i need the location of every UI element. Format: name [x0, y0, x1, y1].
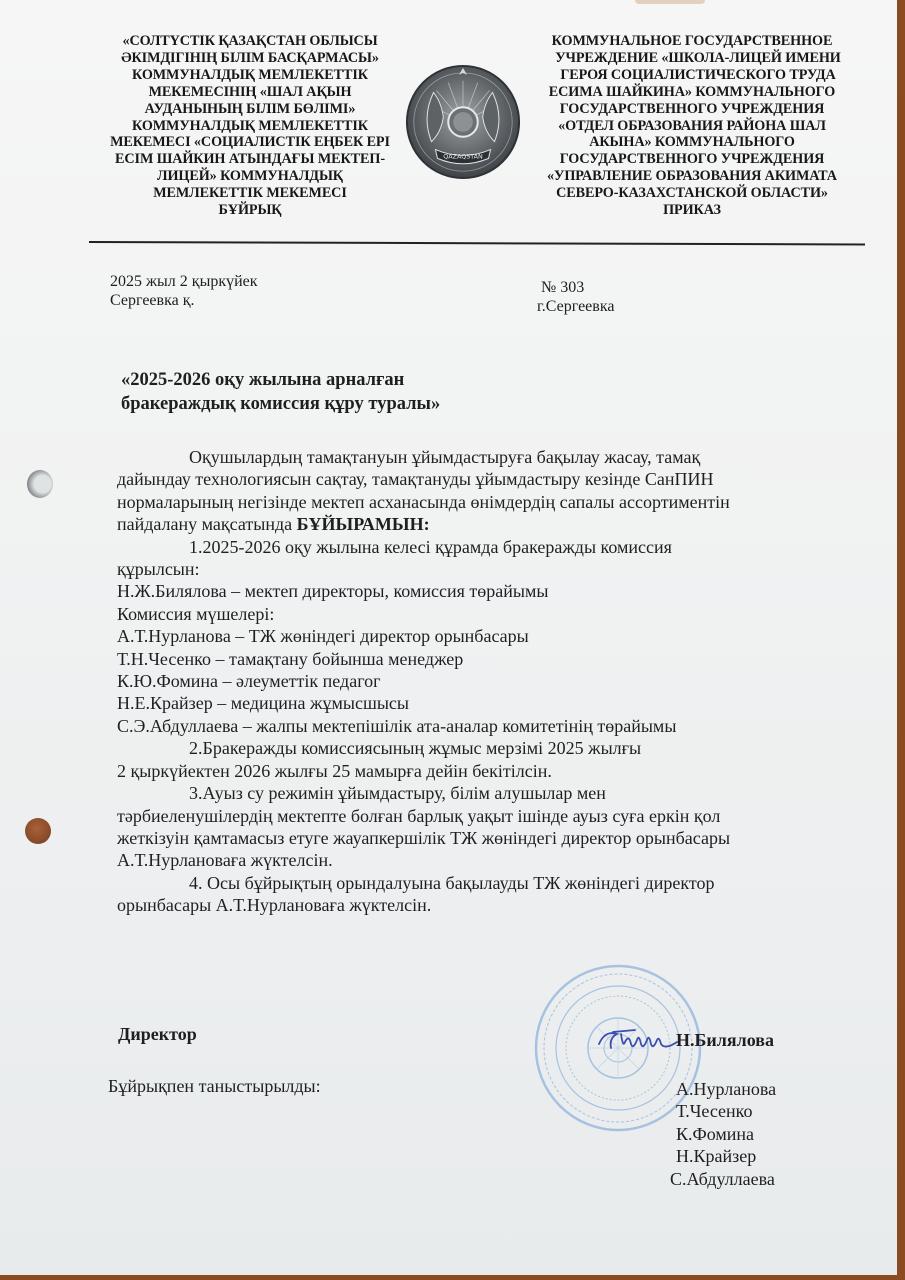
- order-meta-ru: № 303 г.Сергеевка: [537, 278, 614, 316]
- title-line: бракераждық комиссия құру туралы»: [121, 392, 440, 416]
- order-number: № 303: [537, 278, 614, 297]
- item-3-cont: тәрбиеленушілердің мектепте болған барлы…: [117, 805, 862, 827]
- header-line: МЕКЕМЕСІ «СОЦИАЛИСТІК ЕҢБЕК ЕРІ: [88, 134, 412, 151]
- commission-member: К.Ю.Фомина – әлеуметтік педагог: [117, 670, 862, 692]
- header-line: ЕСІМ ШАЙКИН АТЫНДАҒЫ МЕКТЕП-: [88, 151, 412, 168]
- header-line: УЧРЕЖДЕНИЕ «ШКОЛА-ЛИЦЕЙ ИМЕНИ: [522, 50, 862, 67]
- acknowledgement-label: Бұйрықпен таныстырылды:: [108, 1076, 321, 1097]
- item-1-cont: құрылсын:: [117, 558, 862, 580]
- document-page: «СОЛТҮСТІК ҚАЗАҚСТАН ОБЛЫСЫ ӘКІМДІГІНІҢ …: [0, 0, 897, 1275]
- preamble-line: Оқушылардың тамақтануын ұйымдастыруға ба…: [117, 446, 862, 468]
- commission-member: Н.Е.Крайзер – медицина жұмысшысы: [117, 692, 862, 714]
- acknowledged-person: Т.Чесенко: [670, 1100, 776, 1122]
- director-name: Н.Билялова: [676, 1030, 774, 1051]
- header-line: «УПРАВЛЕНИЕ ОБРАЗОВАНИЯ АКИМАТА: [522, 168, 862, 185]
- header-divider: [89, 241, 865, 245]
- item-3: 3.Ауыз су режимін ұйымдастыру, білім алу…: [117, 782, 862, 804]
- director-signature: [595, 1022, 680, 1058]
- signatory-title: Директор: [118, 1024, 197, 1045]
- document-type-kz: БҰЙРЫҚ: [88, 202, 412, 219]
- header-line: «ОТДЕЛ ОБРАЗОВАНИЯ РАЙОНА ШАЛ: [522, 118, 862, 135]
- acknowledged-person: К.Фомина: [670, 1123, 776, 1145]
- acknowledgement-list: А.Нурланова Т.Чесенко К.Фомина Н.Крайзер…: [670, 1078, 776, 1190]
- item-2: 2.Бракеражды комиссиясының жұмыс мерзімі…: [117, 737, 862, 759]
- item-2-cont: 2 қыркүйектен 2026 жылғы 25 мамырға дейі…: [117, 760, 862, 782]
- paper-stain: [635, 0, 705, 4]
- order-date: 2025 жыл 2 қыркүйек: [110, 272, 258, 291]
- commission-member: Т.Н.Чесенко – тамақтану бойынша менеджер: [117, 648, 862, 670]
- acknowledged-person: А.Нурланова: [670, 1078, 776, 1100]
- header-line: КОММУНАЛЬНОЕ ГОСУДАРСТВЕННОЕ: [522, 33, 862, 50]
- commission-chair: Н.Ж.Билялова – мектеп директоры, комисси…: [117, 580, 862, 602]
- svg-text:QAZAQSTAN: QAZAQSTAN: [443, 152, 483, 160]
- title-line: «2025-2026 оқу жылына арналған: [121, 368, 440, 392]
- item-3-cont: А.Т.Нурлановаға жүктелсін.: [117, 849, 862, 871]
- header-line: КОММУНАЛДЫҚ МЕМЛЕКЕТТІК: [88, 118, 412, 135]
- document-type-ru: ПРИКАЗ: [522, 202, 862, 219]
- header-line: СЕВЕРО-КАЗАХСТАНСКОЙ ОБЛАСТИ»: [522, 185, 862, 202]
- acknowledged-person: С.Абдуллаева: [670, 1168, 776, 1190]
- header-line: ЛИЦЕЙ» КОММУНАЛДЫҚ: [88, 168, 412, 185]
- header-line: ӘКІМДІГІНІҢ БІЛІМ БАСҚАРМАСЫ»: [88, 50, 412, 67]
- item-4-cont: орынбасары А.Т.Нурлановаға жүктелсін.: [117, 894, 862, 916]
- members-label: Комиссия мүшелері:: [117, 603, 862, 625]
- header-kazakh-org: «СОЛТҮСТІК ҚАЗАҚСТАН ОБЛЫСЫ ӘКІМДІГІНІҢ …: [88, 33, 412, 219]
- acknowledged-person: Н.Крайзер: [670, 1145, 776, 1167]
- preamble-line: пайдалану мақсатында БҰЙЫРАМЫН:: [117, 513, 862, 535]
- item-1: 1.2025-2026 оқу жылына келесі құрамда бр…: [117, 536, 862, 558]
- item-4: 4. Осы бұйрықтың орындалуына бақылауды Т…: [117, 872, 862, 894]
- header-line: КОММУНАЛДЫҚ МЕМЛЕКЕТТІК: [88, 67, 412, 84]
- order-body: Оқушылардың тамақтануын ұйымдастыруға ба…: [117, 446, 862, 917]
- header-line: АУДАНЫНЫҢ БІЛІМ БӨЛІМІ»: [88, 101, 412, 118]
- commission-member: А.Т.Нурланова – ТЖ жөніндегі директор ор…: [117, 625, 862, 647]
- header-line: «СОЛТҮСТІК ҚАЗАҚСТАН ОБЛЫСЫ: [88, 33, 412, 50]
- preamble-text: пайдалану мақсатында: [117, 514, 297, 534]
- header-line: АКЫНА» КОММУНАЛЬНОГО: [522, 134, 862, 151]
- header-line: ГЕРОЯ СОЦИАЛИСТИЧЕСКОГО ТРУДА: [522, 67, 862, 84]
- header-line: МЕМЛЕКЕТТІК МЕКЕМЕСІ: [88, 185, 412, 202]
- punch-hole: [25, 818, 51, 844]
- preamble-line: дайындау технологиясын сақтау, тамақтану…: [117, 468, 862, 490]
- kazakhstan-coat-of-arms-icon: QAZAQSTAN: [404, 63, 522, 181]
- header-russian-org: КОММУНАЛЬНОЕ ГОСУДАРСТВЕННОЕ УЧРЕЖДЕНИЕ …: [522, 33, 862, 219]
- header-line: ГОСУДАРСТВЕННОГО УЧРЕЖДЕНИЯ: [522, 151, 862, 168]
- header-line: ЕСИМА ШАЙКИНА» КОММУНАЛЬНОГО: [522, 84, 862, 101]
- punch-hole: [27, 470, 53, 498]
- order-word: БҰЙЫРАМЫН:: [297, 514, 430, 534]
- order-place-kz: Сергеевка қ.: [110, 291, 258, 310]
- header-line: МЕКЕМЕСІНІҢ «ШАЛ АҚЫН: [88, 84, 412, 101]
- header-line: ГОСУДАРСТВЕННОГО УЧРЕЖДЕНИЯ: [522, 101, 862, 118]
- order-place-ru: г.Сергеевка: [537, 297, 614, 316]
- item-3-cont: жеткізуін қамтамасыз етуге жауапкершілік…: [117, 827, 862, 849]
- order-title: «2025-2026 оқу жылына арналған бракеражд…: [121, 368, 440, 416]
- order-meta-kz: 2025 жыл 2 қыркүйек Сергеевка қ.: [110, 272, 258, 310]
- commission-member: С.Э.Абдуллаева – жалпы мектепішілік ата-…: [117, 715, 862, 737]
- preamble-line: нормаларының негізінде мектеп асханасынд…: [117, 491, 862, 513]
